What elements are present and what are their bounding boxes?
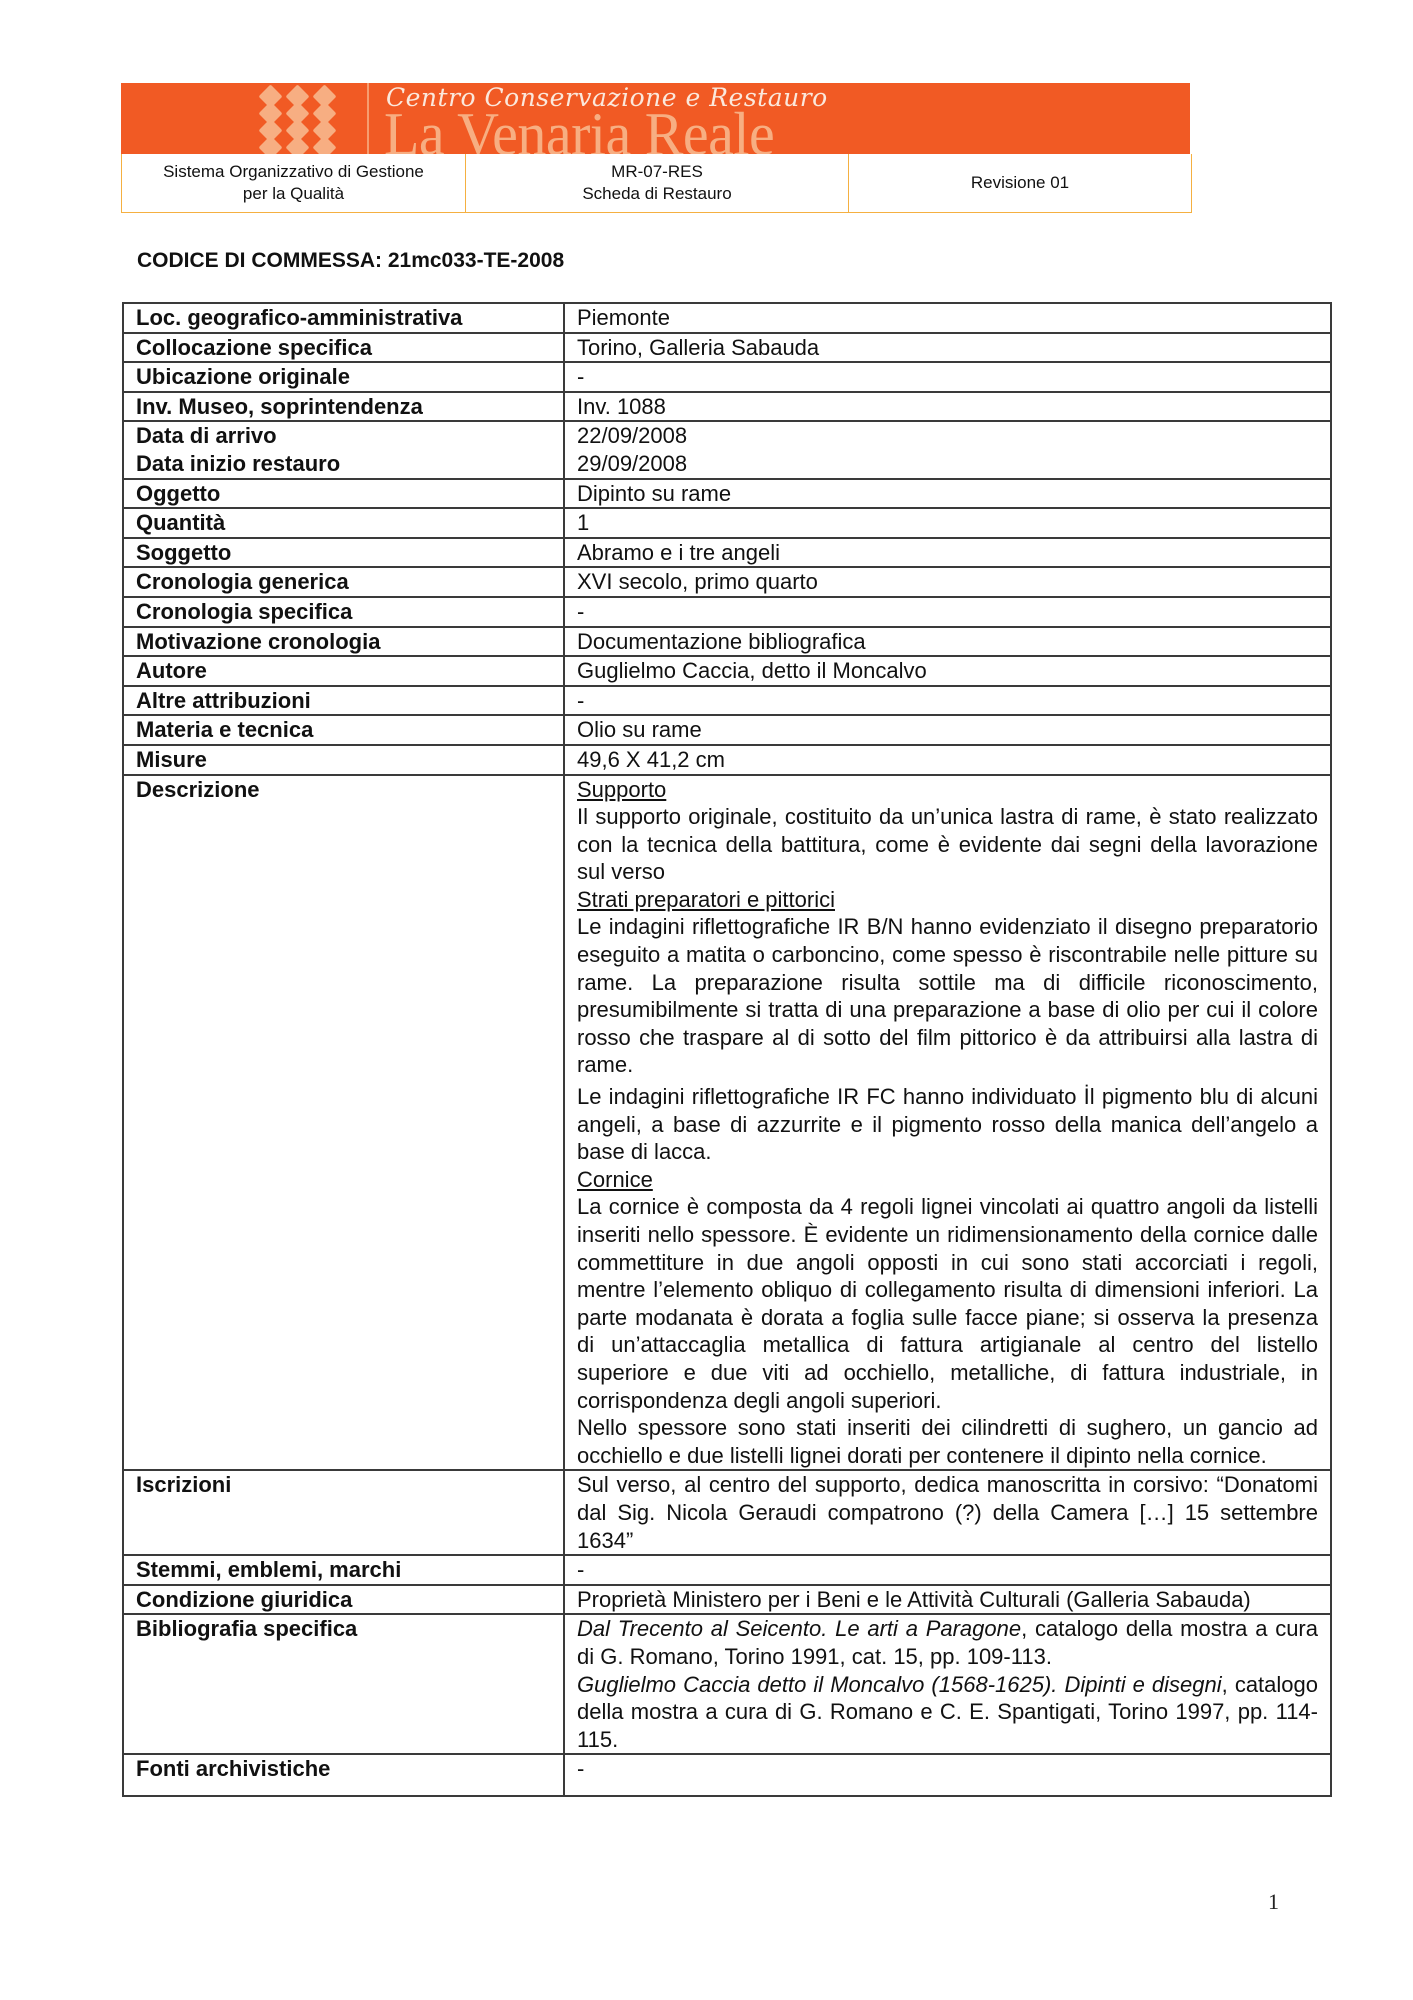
diamond-shape [285, 135, 309, 154]
table-row: Materia e tecnicaOlio su rame [123, 715, 1331, 745]
table-row: OggettoDipinto su rame [123, 479, 1331, 509]
row-label: Misure [123, 745, 564, 775]
table-row: Data di arrivoData inizio restauro22/09/… [123, 421, 1331, 478]
row-value: - [564, 1754, 1331, 1796]
job-code-heading: CODICE DI COMMESSA: 21mc033-TE-2008 [137, 249, 564, 273]
row-label: Cronologia generica [123, 567, 564, 597]
table-row: Quantità1 [123, 508, 1331, 538]
row-value: 22/09/200829/09/2008 [564, 421, 1331, 478]
row-label: Loc. geografico-amministrativa [123, 303, 564, 333]
header-info-row: Sistema Organizzativo di Gestione per la… [121, 154, 1192, 213]
bibliography-entry: Dal Trecento al Seicento. Le arti a Para… [577, 1615, 1318, 1670]
section-heading: Cornice [577, 1166, 1318, 1194]
row-value: Documentazione bibliografica [564, 627, 1331, 657]
table-row: Cronologia specifica- [123, 597, 1331, 627]
row-value: Abramo e i tre angeli [564, 538, 1331, 568]
table-row: SoggettoAbramo e i tre angeli [123, 538, 1331, 568]
bibliography-value: Dal Trecento al Seicento. Le arti a Para… [564, 1614, 1331, 1754]
row-label: Bibliografia specifica [123, 1614, 564, 1754]
row-value: Inv. 1088 [564, 392, 1331, 422]
row-label: Soggetto [123, 538, 564, 568]
row-value: 49,6 X 41,2 cm [564, 745, 1331, 775]
row-label: Ubicazione originale [123, 362, 564, 392]
description-value: Supporto Il supporto originale, costitui… [564, 775, 1331, 1471]
row-value: Sul verso, al centro del supporto, dedic… [564, 1470, 1331, 1555]
row-label: Descrizione [123, 775, 564, 1471]
table-row: Altre attribuzioni- [123, 686, 1331, 716]
row-value: - [564, 362, 1331, 392]
row-value: Dipinto su rame [564, 479, 1331, 509]
institution-logo-band: Centro Conservazione e Restauro La Venar… [121, 83, 1190, 154]
quality-system-cell: Sistema Organizzativo di Gestione per la… [122, 154, 465, 212]
restoration-record-table: Loc. geografico-amministrativaPiemonteCo… [122, 302, 1332, 1797]
table-row: Ubicazione originale- [123, 362, 1331, 392]
table-row-condizione: Condizione giuridica Proprietà Ministero… [123, 1585, 1331, 1615]
row-label: Cronologia specifica [123, 597, 564, 627]
table-row: Motivazione cronologiaDocumentazione bib… [123, 627, 1331, 657]
table-row-bibliografia: Bibliografia specifica Dal Trecento al S… [123, 1614, 1331, 1754]
row-label: Oggetto [123, 479, 564, 509]
row-label: Materia e tecnica [123, 715, 564, 745]
revision-cell: Revisione 01 [848, 154, 1191, 212]
row-label: Collocazione specifica [123, 333, 564, 363]
row-value: Proprietà Ministero per i Beni e le Atti… [564, 1585, 1331, 1615]
logo-divider [367, 83, 369, 154]
row-value: - [564, 686, 1331, 716]
row-value: Guglielmo Caccia, detto il Moncalvo [564, 656, 1331, 686]
table-row: Inv. Museo, soprintendenzaInv. 1088 [123, 392, 1331, 422]
row-value: Olio su rame [564, 715, 1331, 745]
row-value: - [564, 1555, 1331, 1585]
row-value: 1 [564, 508, 1331, 538]
paragraph: Le indagini riflettografiche IR B/N hann… [577, 913, 1318, 1079]
row-value: Torino, Galleria Sabauda [564, 333, 1331, 363]
page-number: 1 [1268, 1889, 1279, 1915]
table-row: Cronologia genericaXVI secolo, primo qua… [123, 567, 1331, 597]
table-row: Misure49,6 X 41,2 cm [123, 745, 1331, 775]
paragraph: La cornice è composta da 4 regoli lignei… [577, 1193, 1318, 1414]
section-heading: Strati preparatori e pittorici [577, 886, 1318, 914]
bibliography-entry: Guglielmo Caccia detto il Moncalvo (1568… [577, 1671, 1318, 1754]
row-label: Autore [123, 656, 564, 686]
row-label: Iscrizioni [123, 1470, 564, 1555]
row-label: Data di arrivoData inizio restauro [123, 421, 564, 478]
row-label: Altre attribuzioni [123, 686, 564, 716]
table-row: Loc. geografico-amministrativaPiemonte [123, 303, 1331, 333]
row-label: Quantità [123, 508, 564, 538]
table-row-stemmi: Stemmi, emblemi, marchi - [123, 1555, 1331, 1585]
row-label: Condizione giuridica [123, 1585, 564, 1615]
row-label: Inv. Museo, soprintendenza [123, 392, 564, 422]
table-row-descrizione: Descrizione Supporto Il supporto origina… [123, 775, 1331, 1471]
paragraph: Le indagini riflettografiche IR FC hanno… [577, 1083, 1318, 1166]
row-value: XVI secolo, primo quarto [564, 567, 1331, 597]
table-row-fonti: Fonti archivistiche - [123, 1754, 1331, 1796]
paragraph: Il supporto originale, costituito da un’… [577, 803, 1318, 886]
table-row: Collocazione specificaTorino, Galleria S… [123, 333, 1331, 363]
row-label: Stemmi, emblemi, marchi [123, 1555, 564, 1585]
section-heading: Supporto [577, 776, 1318, 804]
row-value: Piemonte [564, 303, 1331, 333]
diamond-shape [312, 135, 336, 154]
row-label: Motivazione cronologia [123, 627, 564, 657]
document-header: Centro Conservazione e Restauro La Venar… [121, 83, 1197, 214]
logo-title: La Venaria Reale [384, 103, 774, 154]
paragraph: Nello spessore sono stati inseriti dei c… [577, 1414, 1318, 1469]
table-row: AutoreGuglielmo Caccia, detto il Moncalv… [123, 656, 1331, 686]
form-code-cell: MR-07-RES Scheda di Restauro [465, 154, 848, 212]
table-row-iscrizioni: Iscrizioni Sul verso, al centro del supp… [123, 1470, 1331, 1555]
row-label: Fonti archivistiche [123, 1754, 564, 1796]
row-value: - [564, 597, 1331, 627]
diamond-shape [258, 135, 282, 154]
diamond-pattern-icon [256, 85, 346, 153]
